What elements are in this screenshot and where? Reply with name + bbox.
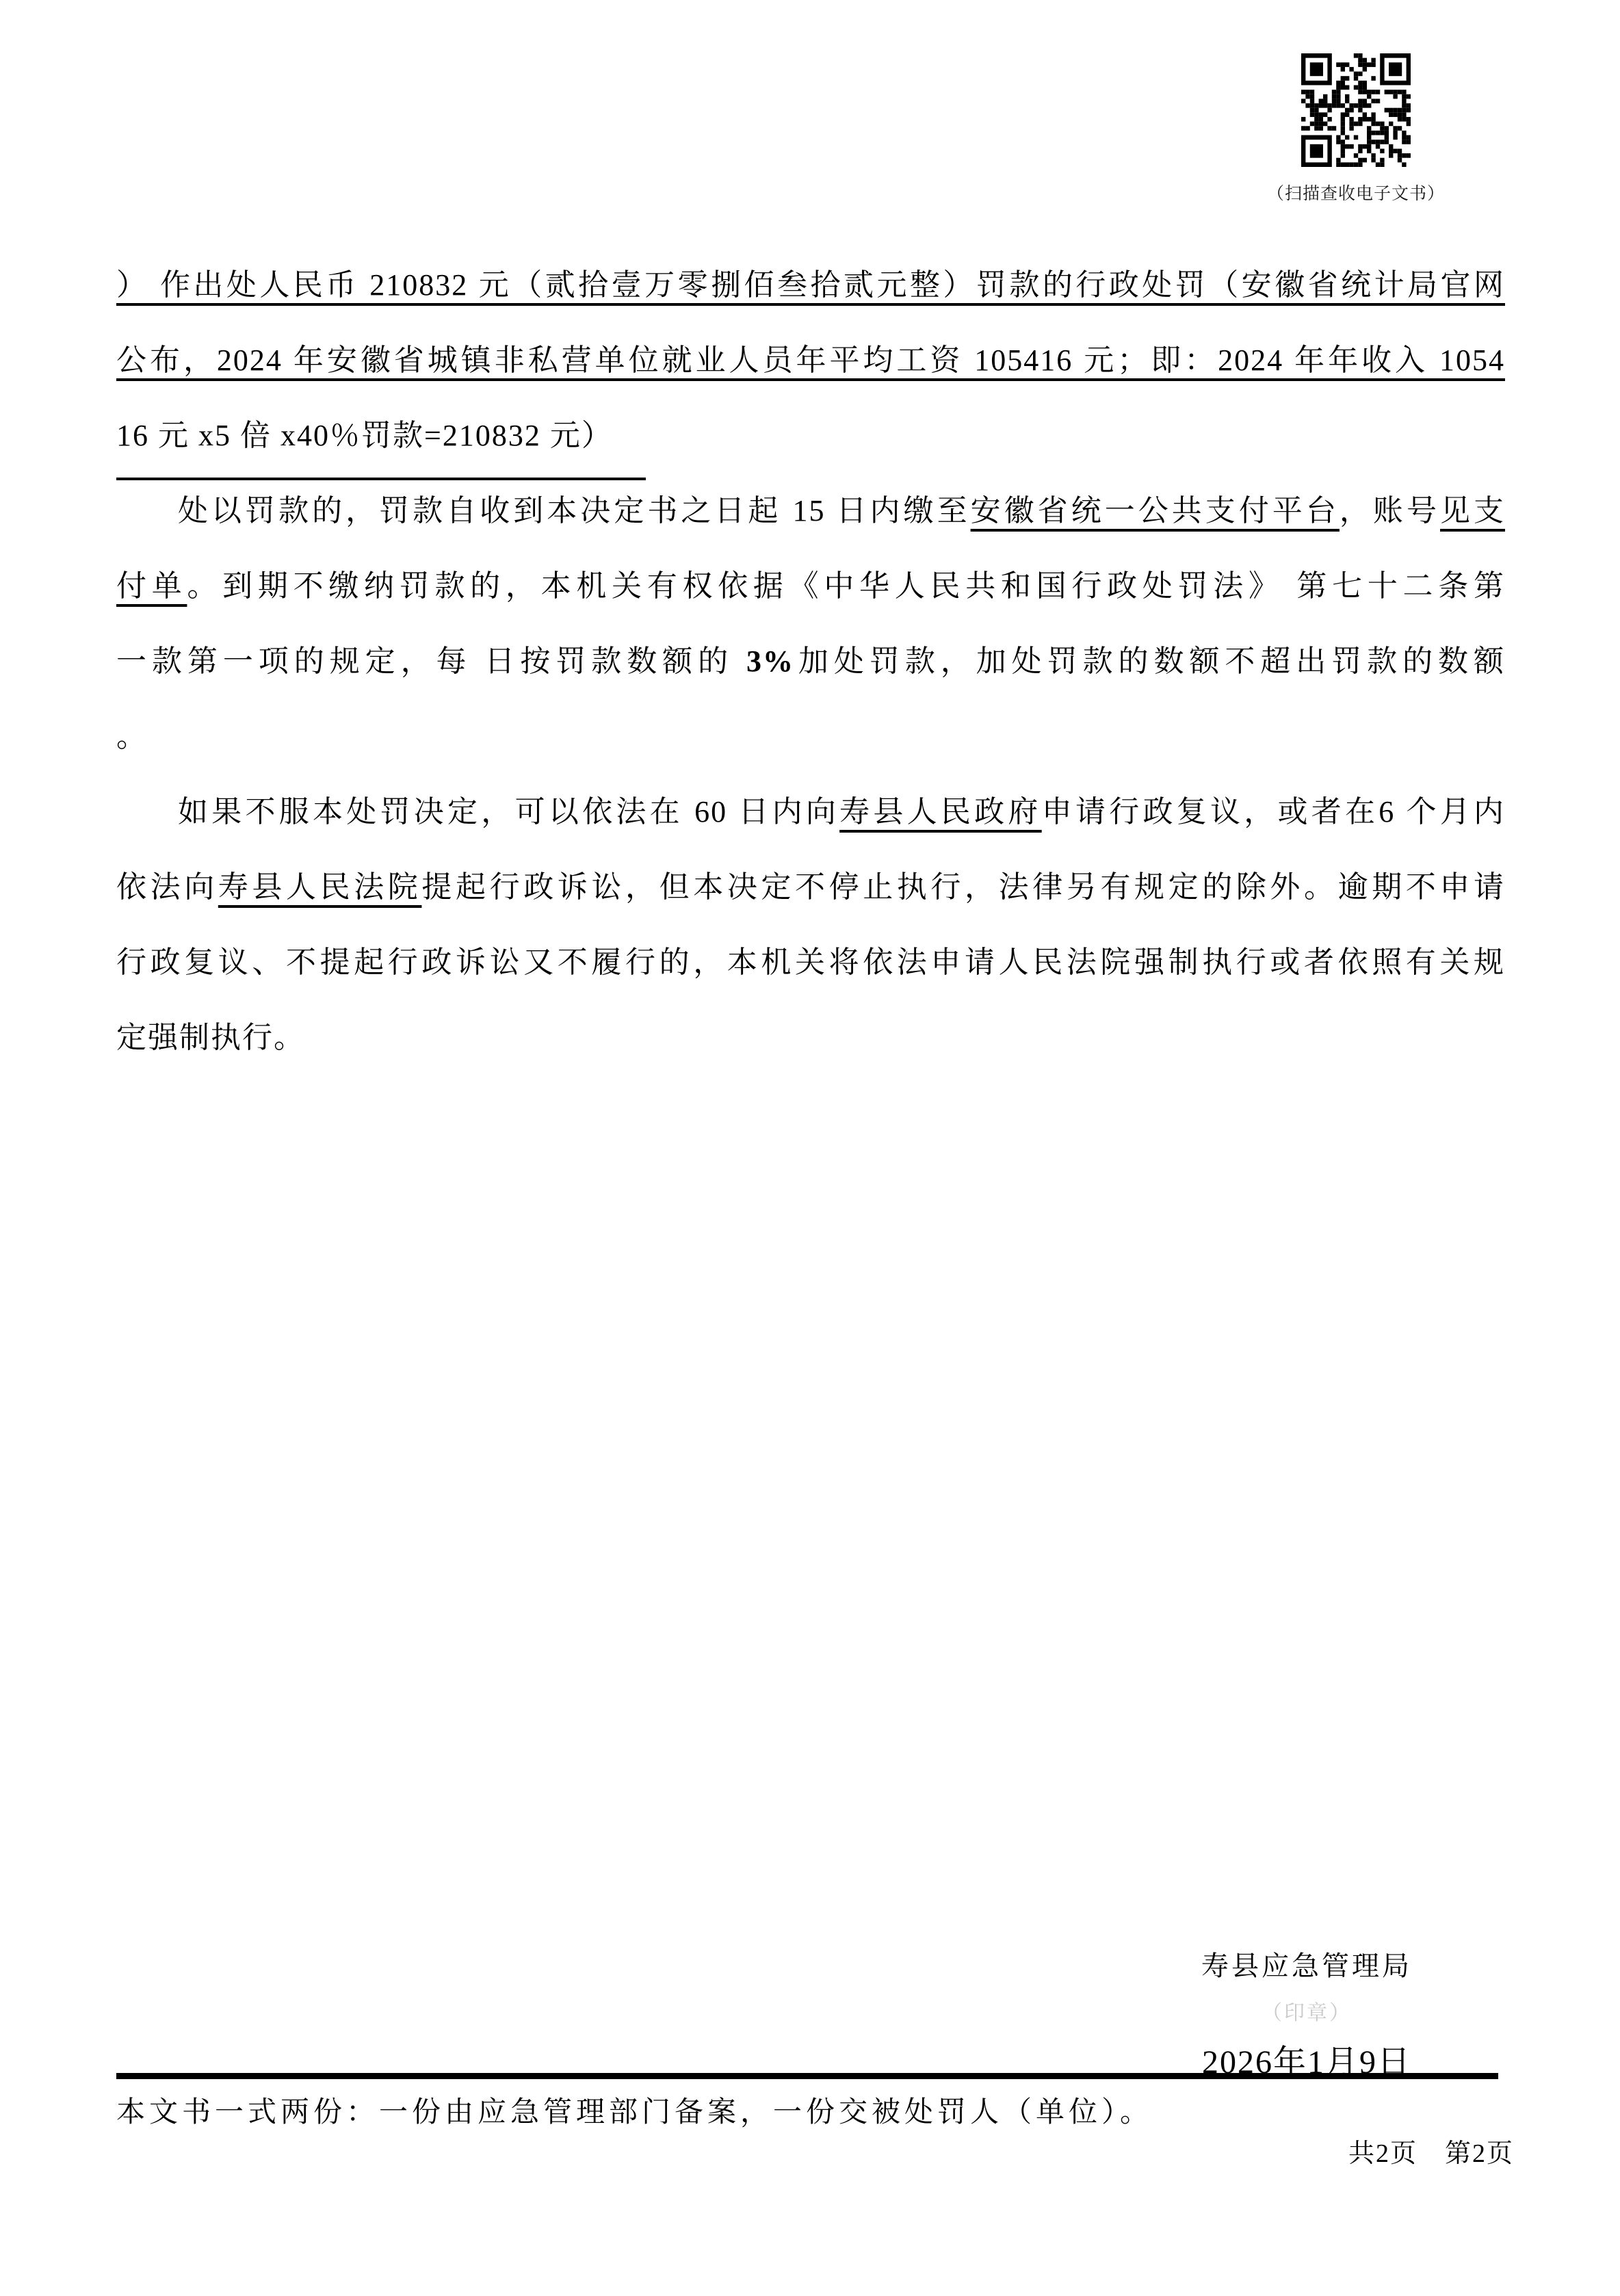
footer-copies-note: 本文书一式两份：一份由应急管理部门备案，一份交被处罚人（单位）。 bbox=[116, 2089, 1416, 2130]
fine-calc-line-3: 16 元 x5 倍 x40％罚款=210832 元） bbox=[116, 398, 1505, 473]
payment-text: 。到期不缴纳罚款的，本机关有权依据《中华人民共和国行政处罚法》 第七十二条第 bbox=[187, 569, 1505, 603]
appeal-text: 提起行政诉讼，但本决定不停止执行，法律另有规定的除外。逾期不申请 bbox=[421, 870, 1505, 904]
qr-block: （扫描查收电子文书） bbox=[1260, 53, 1452, 205]
appeal-text: 定强制执行。 bbox=[116, 1021, 305, 1054]
appeal-para-line-1: 如果不服本处罚决定，可以依法在 60 日内向寿县人民政府申请行政复议，或者在6 … bbox=[116, 774, 1505, 850]
fine-calc-line-1-text: ） 作出处人民币 210832 元（贰拾壹万零捌佰叁拾贰元整）罚款的行政处罚（安… bbox=[116, 268, 1505, 302]
document-body: ） 作出处人民币 210832 元（贰拾壹万零捌佰叁拾贰元整）罚款的行政处罚（安… bbox=[116, 248, 1505, 1075]
payment-slip-underlined: 见支 bbox=[1440, 494, 1505, 527]
fine-calc-line-2-text: 公布，2024 年安徽省城镇非私营单位就业人员年平均工资 105416 元；即：… bbox=[116, 343, 1505, 377]
appeal-para-line-4: 定强制执行。 bbox=[116, 1000, 1505, 1075]
appeal-text: 行政复议、不提起行政诉讼又不履行的，本机关将依法申请人民法院强制执行或者依照有关… bbox=[116, 945, 1505, 979]
surcharge-rate-bold: 3% bbox=[746, 644, 794, 678]
qr-code-icon bbox=[1301, 53, 1411, 167]
payment-para-line-4: 。 bbox=[116, 699, 1505, 774]
page-number: 共2页 第2页 bbox=[1348, 2132, 1514, 2169]
signature-block: 寿县应急管理局 （印章） 2026年1月9日 bbox=[1163, 1944, 1450, 2083]
appeal-text: 如果不服本处罚决定，可以依法在 60 日内向 bbox=[178, 795, 839, 829]
appeal-para-line-2: 依法向寿县人民法院提起行政诉讼，但本决定不停止执行，法律另有规定的除外。逾期不申… bbox=[116, 850, 1505, 925]
penalty-decision-document-page: （扫描查收电子文书） ） 作出处人民币 210832 元（贰拾壹万零捌佰叁拾贰元… bbox=[0, 0, 1620, 2296]
appeal-text: 依法向 bbox=[116, 870, 218, 904]
payment-slip-underlined: 付单 bbox=[116, 569, 187, 603]
fine-calc-line-1: ） 作出处人民币 210832 元（贰拾壹万零捌佰叁拾贰元整）罚款的行政处罚（安… bbox=[116, 248, 1505, 323]
seal-placeholder: （印章） bbox=[1163, 1996, 1450, 2026]
county-court-underlined: 寿县人民法院 bbox=[218, 870, 422, 904]
fine-calc-line-3-text: 16 元 x5 倍 x40％罚款=210832 元） bbox=[116, 398, 646, 480]
payment-para-line-1: 处以罚款的，罚款自收到本决定书之日起 15 日内缴至安徽省统一公共支付平台，账号… bbox=[116, 473, 1505, 549]
payment-text: 一款第一项的规定，每 日按罚款数额的 bbox=[116, 644, 746, 678]
footer-divider bbox=[116, 2073, 1498, 2079]
issuing-agency: 寿县应急管理局 bbox=[1163, 1944, 1450, 1983]
payment-text: ，账号 bbox=[1340, 494, 1440, 527]
payment-text: 加处罚款，加处罚款的数额不超出罚款的数额 bbox=[794, 644, 1505, 678]
appeal-text: 申请行政复议，或者在6 个月内 bbox=[1042, 795, 1505, 829]
fine-calc-line-2: 公布，2024 年安徽省城镇非私营单位就业人员年平均工资 105416 元；即：… bbox=[116, 323, 1505, 398]
payment-para-line-2: 付单。到期不缴纳罚款的，本机关有权依据《中华人民共和国行政处罚法》 第七十二条第 bbox=[116, 549, 1505, 624]
county-government-underlined: 寿县人民政府 bbox=[839, 795, 1042, 829]
appeal-para-line-3: 行政复议、不提起行政诉讼又不履行的，本机关将依法申请人民法院强制执行或者依照有关… bbox=[116, 925, 1505, 1000]
payment-text: 处以罚款的，罚款自收到本决定书之日起 15 日内缴至 bbox=[178, 494, 971, 527]
qr-caption: （扫描查收电子文书） bbox=[1260, 180, 1452, 205]
payment-platform-underlined: 安徽省统一公共支付平台 bbox=[971, 494, 1340, 527]
payment-para-line-3: 一款第一项的规定，每 日按罚款数额的 3%加处罚款，加处罚款的数额不超出罚款的数… bbox=[116, 624, 1505, 699]
payment-text: 。 bbox=[116, 720, 148, 753]
